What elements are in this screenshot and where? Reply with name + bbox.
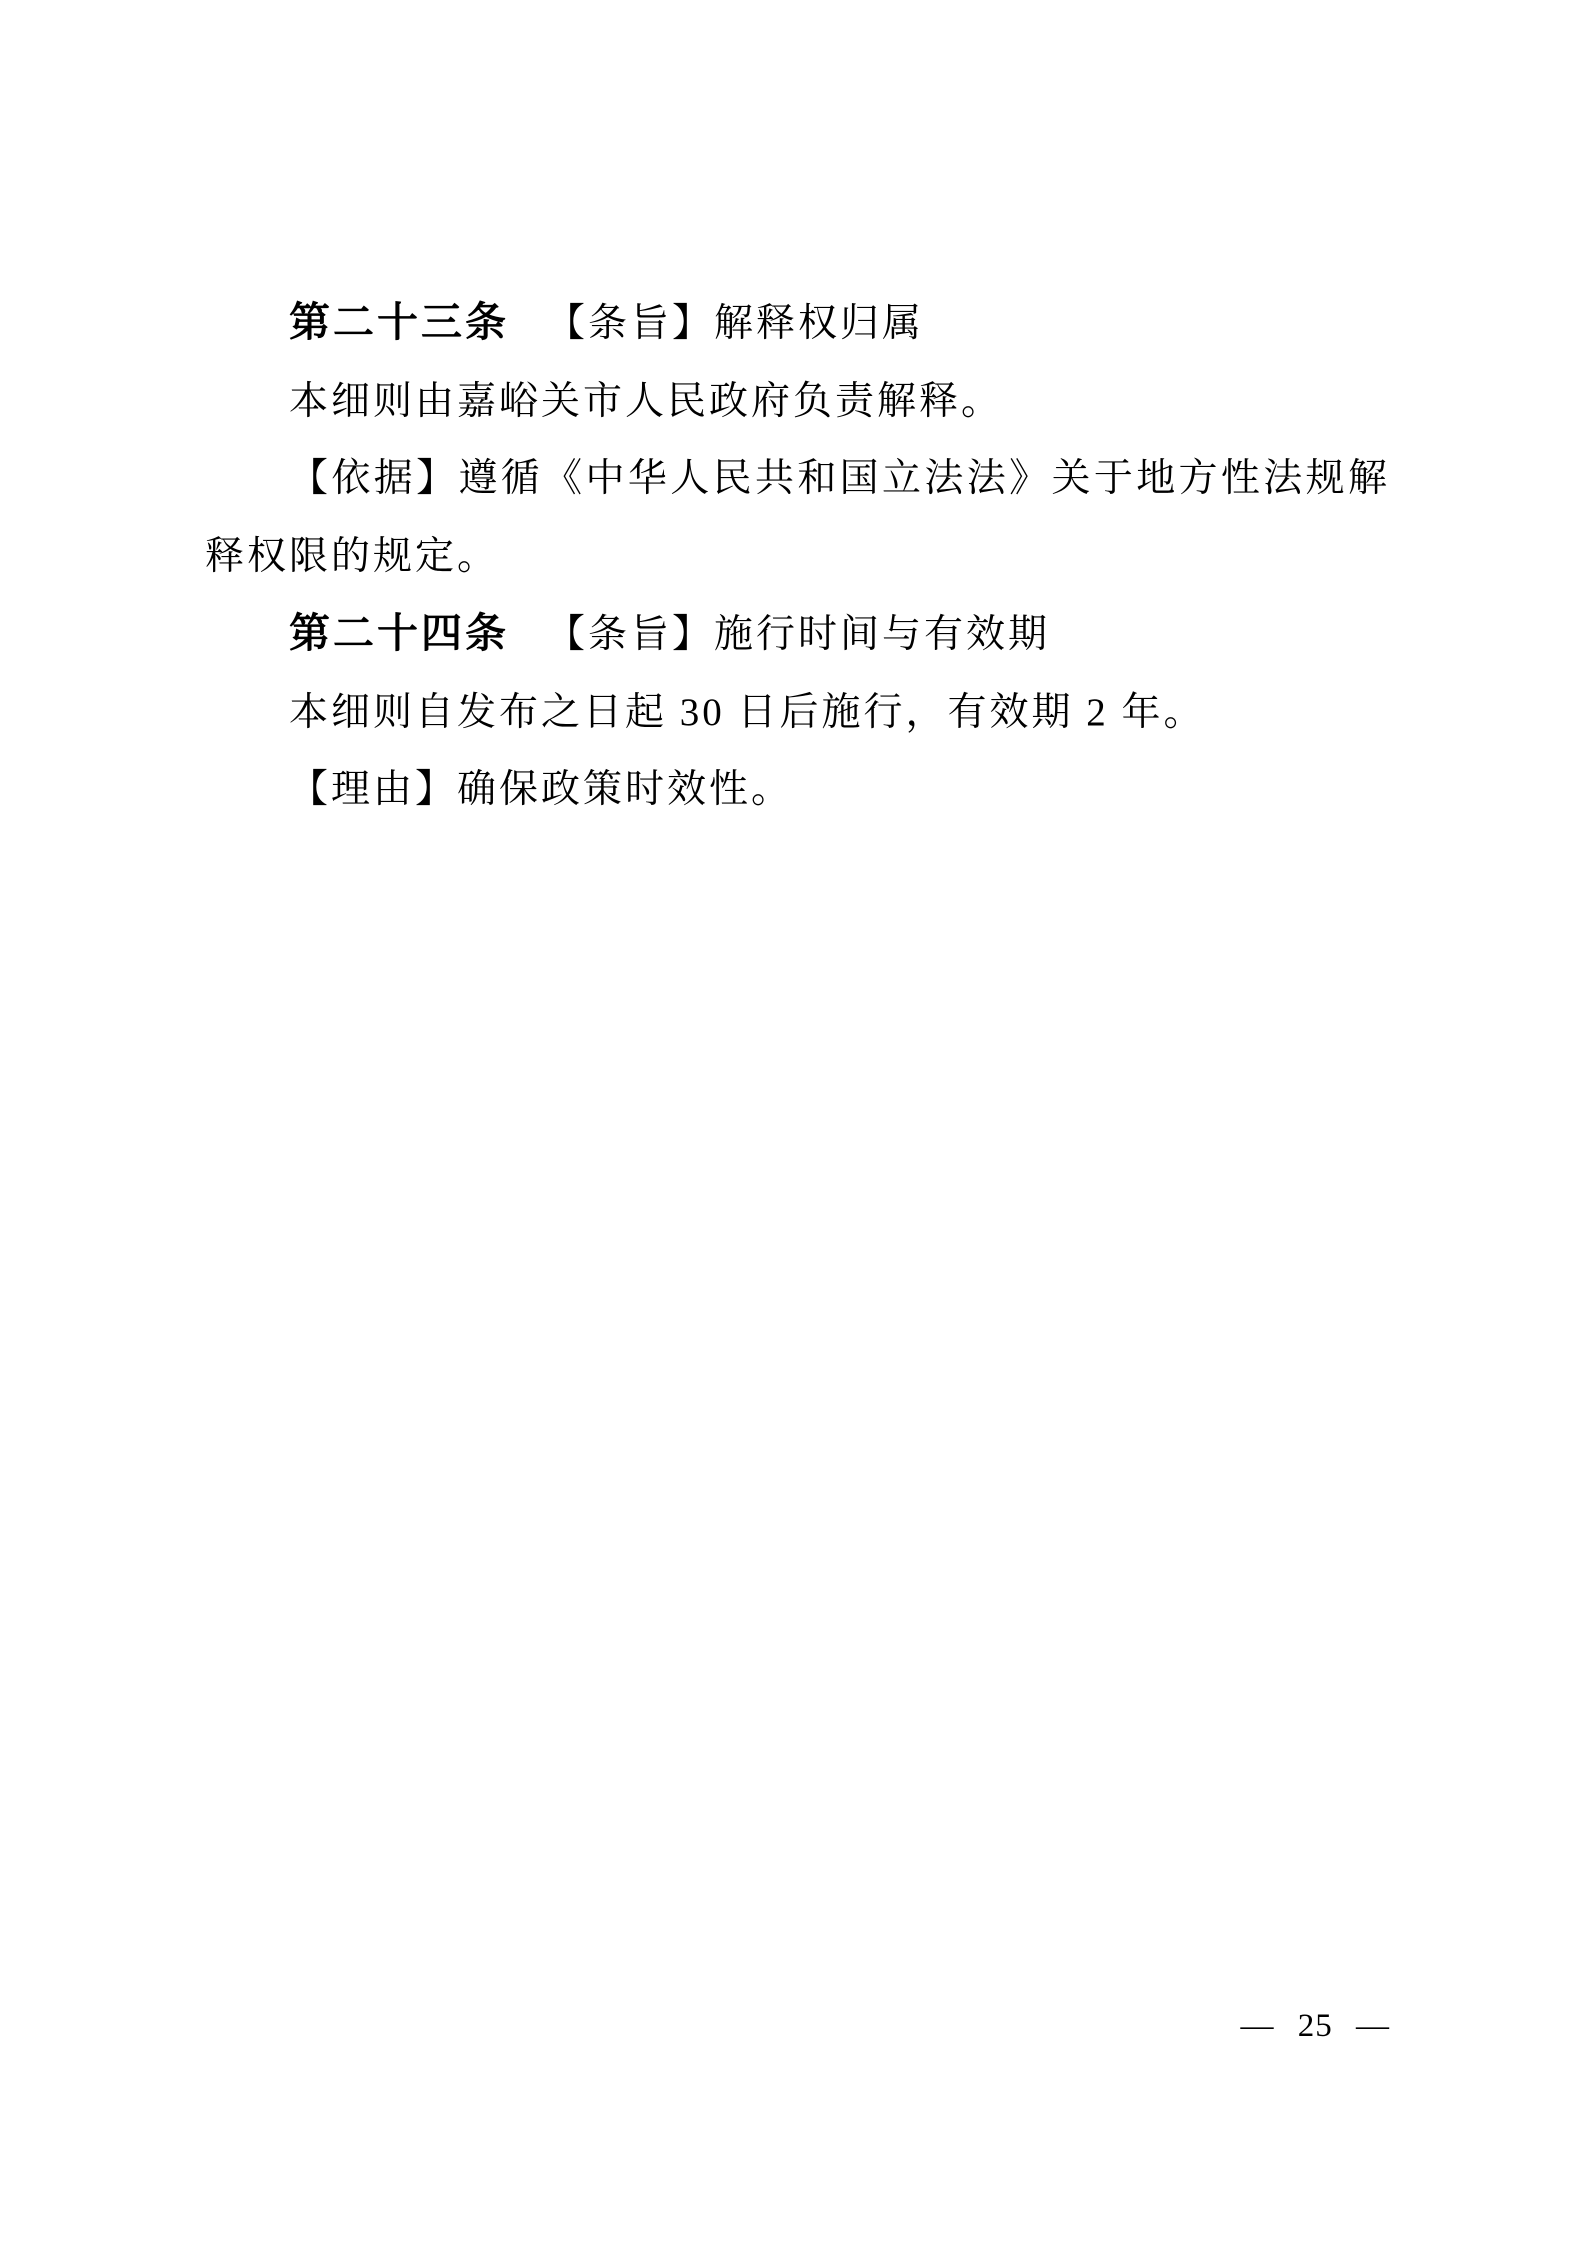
article-24-title: 【条旨】施行时间与有效期 (546, 613, 1050, 656)
document-body: 第二十三条【条旨】解释权归属 本细则由嘉峪关市人民政府负责解释。 【依据】遵循《… (205, 284, 1390, 829)
page-number: — 25 — (1241, 2008, 1391, 2045)
article-24-number: 第二十四条 (289, 610, 509, 656)
article-23-basis-text: 【依据】遵循《中华人民共和国立法法》关于地方性法规解释权限的规定。 (205, 440, 1390, 595)
article-23-body-text: 本细则由嘉峪关市人民政府负责解释。 (205, 363, 1390, 441)
article-24-reason-text: 【理由】确保政策时效性。 (205, 751, 1390, 829)
document-page: 第二十三条【条旨】解释权归属 本细则由嘉峪关市人民政府负责解释。 【依据】遵循《… (0, 0, 1587, 2245)
article-23-title: 【条旨】解释权归属 (546, 302, 924, 345)
article-23-heading: 第二十三条【条旨】解释权归属 (205, 284, 1390, 363)
article-24-heading: 第二十四条【条旨】施行时间与有效期 (205, 595, 1390, 674)
article-24-body-text: 本细则自发布之日起 30 日后施行，有效期 2 年。 (205, 674, 1390, 752)
article-23-number: 第二十三条 (289, 299, 509, 345)
